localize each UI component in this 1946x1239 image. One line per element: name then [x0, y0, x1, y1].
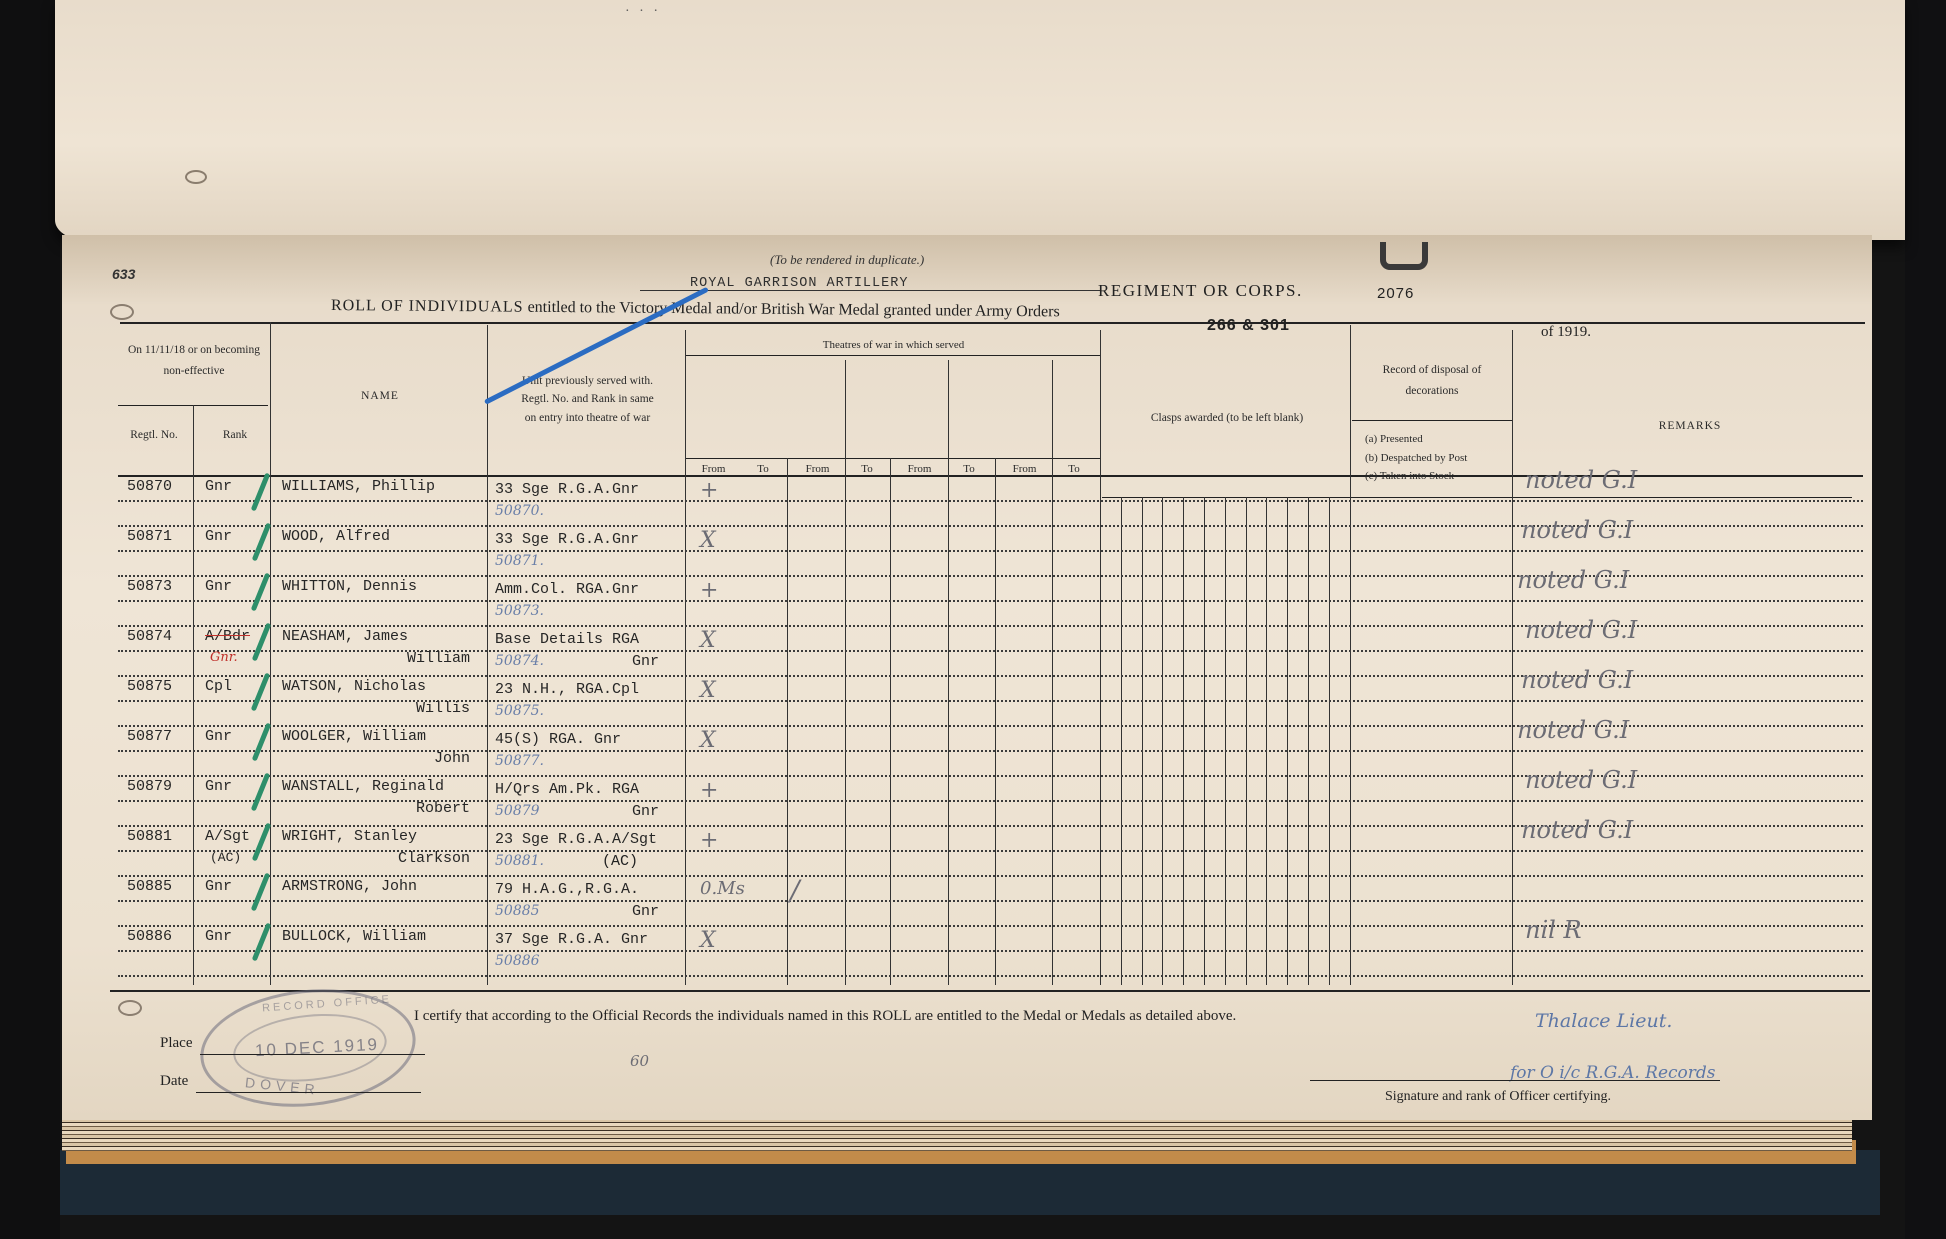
clasp-subcolumn-divider: [1225, 497, 1226, 985]
disposal-stock: (c) Taken into Stock: [1365, 467, 1515, 486]
column-divider: [685, 330, 686, 985]
roll-title-rest: entitled to the Victory Medal and/or Bri…: [528, 299, 1060, 321]
column-divider: [948, 360, 949, 985]
rank: Gnr: [205, 778, 232, 795]
regtl-number: 50871: [127, 528, 172, 545]
disposal-despatched: (b) Despatched by Post: [1365, 449, 1515, 468]
header-on-date: On 11/11/18 or on becoming non-effective: [114, 340, 274, 381]
soldier-name-continued: Willis: [416, 700, 470, 717]
row-dotted-rule: [118, 700, 1863, 702]
remark-noted: noted G.I: [1525, 766, 1637, 794]
header-unit-line2: Regtl. No. and Rank in same: [490, 390, 685, 408]
column-divider: [845, 360, 846, 985]
column-divider: [1052, 360, 1053, 985]
roll-title-caps: ROLL OF INDIVIDUALS: [331, 297, 524, 316]
row-dotted-rule: [118, 875, 1863, 877]
theatre-mark: 0.Ms: [700, 878, 745, 899]
theatre-mark: X: [700, 528, 716, 553]
soldier-name-continued: William: [407, 650, 470, 667]
theatre-mark: +: [700, 828, 718, 853]
soldier-name: NEASHAM, James: [282, 628, 408, 645]
theatre-from-header: From: [892, 460, 947, 480]
clasp-subcolumn-divider: [1329, 497, 1330, 985]
rank-correction: Gnr.: [210, 650, 238, 665]
regtl-number: 50885: [127, 878, 172, 895]
theatre-to-header: To: [738, 460, 788, 480]
header-remarks: REMARKS: [1515, 416, 1865, 437]
previous-unit: 45(S) RGA. Gnr: [495, 731, 621, 748]
letter-b-mark-icon: [1380, 242, 1428, 270]
column-divider: [193, 405, 194, 985]
rank: Gnr: [205, 478, 232, 495]
column-divider: [1512, 330, 1513, 985]
handwritten-regtl-number: 50874.: [495, 653, 544, 669]
remark-noted: noted G.I: [1521, 816, 1633, 844]
column-divider: [890, 458, 891, 985]
clasp-subcolumn-divider: [1308, 497, 1309, 985]
previous-unit: 37 Sge R.G.A. Gnr: [495, 931, 648, 948]
handwritten-regtl-number: 50881.: [495, 853, 544, 869]
remark-noted: noted G.I: [1525, 466, 1637, 494]
punch-hole-icon: [185, 170, 207, 184]
regtl-number: 50881: [127, 828, 172, 845]
remark-noted: noted G.I: [1521, 666, 1633, 694]
handwritten-regtl-number: 50871.: [495, 553, 544, 569]
column-divider: [995, 458, 996, 985]
row-dotted-rule: [118, 975, 1863, 977]
handwritten-regtl-number: 50879: [495, 803, 540, 819]
soldier-name-continued: Robert: [416, 800, 470, 817]
duplicate-note: (To be rendered in duplicate.): [770, 252, 924, 268]
previous-unit: 23 N.H., RGA.Cpl: [495, 681, 639, 698]
soldier-name: WANSTALL, Reginald: [282, 778, 444, 795]
punch-hole-icon: [110, 304, 134, 320]
header-on-date-line1: On 11/11/18 or on becoming: [114, 340, 274, 361]
page-stack-edges: [62, 1115, 1852, 1151]
previous-unit-rank: Gnr: [632, 803, 659, 820]
theatre-to-header: To: [1049, 460, 1099, 480]
regtl-number: 50886: [127, 928, 172, 945]
soldier-name: ARMSTRONG, John: [282, 878, 417, 895]
regiment-label: REGIMENT OR CORPS.: [1098, 281, 1303, 301]
soldier-name-continued: Clarkson: [398, 850, 470, 867]
soldier-name: BULLOCK, William: [282, 928, 426, 945]
theatre-mark-tick: /: [790, 874, 799, 907]
column-divider: [487, 325, 488, 985]
date-field-line: [196, 1092, 421, 1093]
date-label: Date: [160, 1073, 188, 1090]
handwritten-regtl-number: 50877.: [495, 753, 544, 769]
row-dotted-rule: [118, 900, 1863, 902]
theatre-to-header: To: [944, 460, 994, 480]
upper-turned-page: · · ·: [55, 0, 1905, 240]
header-rank: Rank: [195, 425, 275, 446]
row-dotted-rule: [118, 925, 1863, 927]
previous-unit: Base Details RGA: [495, 631, 639, 648]
handwritten-regtl-number: 50875.: [495, 703, 544, 719]
rank: Gnr: [205, 928, 232, 945]
row-dotted-rule: [118, 800, 1863, 802]
row-dotted-rule: [118, 850, 1863, 852]
header-regtl-no: Regtl. No.: [114, 425, 194, 446]
column-divider: [787, 458, 788, 985]
theatre-from-header: From: [997, 460, 1052, 480]
soldier-name-continued: John: [434, 750, 470, 767]
clasp-subcolumn-divider: [1142, 497, 1143, 985]
previous-unit: H/Qrs Am.Pk. RGA: [495, 781, 639, 798]
officer-signature: Thalace Lieut.: [1535, 1010, 1672, 1032]
rank: Gnr: [205, 878, 232, 895]
theatre-mark: +: [700, 778, 718, 803]
book-binding-left: [0, 0, 60, 1239]
upper-page-marks: · · ·: [625, 4, 661, 20]
clasp-subcolumn-divider: [1266, 497, 1267, 985]
remark-noted: noted G.I: [1521, 516, 1633, 544]
theatre-mark: +: [700, 478, 718, 503]
clasp-subcolumn-divider: [1246, 497, 1247, 985]
row-dotted-rule: [118, 950, 1863, 952]
handwritten-regtl-number: 50870.: [495, 503, 544, 519]
disposal-legend: (a) Presented (b) Despatched by Post (c)…: [1365, 430, 1515, 486]
theatre-mark: +: [700, 578, 718, 603]
header-clasps: Clasps awarded (to be left blank): [1102, 408, 1352, 429]
header-disposal-line1: Record of disposal of: [1352, 360, 1512, 381]
rank: Gnr: [205, 578, 232, 595]
certification-text: I certify that according to the Official…: [414, 1008, 1236, 1025]
header-non-effective: non-effective: [114, 361, 274, 382]
clasp-subcolumn-divider: [1183, 497, 1184, 985]
clasp-subcolumn-divider: [1121, 497, 1122, 985]
regiment-name: ROYAL GARRISON ARTILLERY: [690, 276, 908, 291]
army-orders-numbers: 266 & 301: [1207, 317, 1290, 335]
regtl-number: 50874: [127, 628, 172, 645]
clasp-subcolumn-divider: [1162, 497, 1163, 985]
punch-hole-icon: [118, 1000, 142, 1016]
table-bottom-rule: [110, 990, 1870, 992]
theatre-mark: X: [700, 678, 716, 703]
rank: Cpl: [205, 678, 232, 695]
previous-unit: 23 Sge R.G.A.A/Sgt: [495, 831, 657, 848]
roll-year: of 1919.: [1541, 324, 1591, 341]
theatre-to-header: To: [842, 460, 892, 480]
theatre-mark: X: [700, 928, 716, 953]
row-dotted-rule: [118, 650, 1863, 652]
rank-correction: (AC): [210, 850, 241, 865]
remark-noted: noted G.I: [1525, 616, 1637, 644]
regtl-number: 50879: [127, 778, 172, 795]
header-unit-line3: on entry into theatre of war: [490, 409, 685, 427]
handwritten-regtl-number: 50885: [495, 903, 540, 919]
header-unit: Unit previously served with. Regtl. No. …: [490, 372, 685, 427]
header-disposal: Record of disposal of decorations: [1352, 360, 1512, 401]
handwritten-regtl-number: 50873.: [495, 603, 544, 619]
clasp-subcolumn-divider: [1287, 497, 1288, 985]
place-label: Place: [160, 1035, 192, 1052]
handwritten-regtl-number: 50886: [495, 953, 540, 969]
soldier-name: WHITTON, Dennis: [282, 578, 417, 595]
disposal-presented: (a) Presented: [1365, 430, 1515, 449]
soldier-name: WOOD, Alfred: [282, 528, 390, 545]
column-divider: [270, 322, 271, 985]
rank: Gnr: [205, 728, 232, 745]
previous-unit-rank: Gnr: [632, 653, 659, 670]
book-binding-right: [1905, 0, 1946, 1239]
from-to-rule: [686, 458, 1101, 459]
soldier-name: WRIGHT, Stanley: [282, 828, 417, 845]
previous-unit: Amm.Col. RGA.Gnr: [495, 581, 639, 598]
previous-unit-rank: Gnr: [632, 903, 659, 920]
soldier-name: WILLIAMS, Phillip: [282, 478, 435, 495]
remark-noted: nil R: [1525, 916, 1582, 944]
previous-unit: 79 H.A.G.,R.G.A.: [495, 881, 639, 898]
row-dotted-rule: [118, 500, 1863, 502]
signature-caption: Signature and rank of Officer certifying…: [1385, 1089, 1611, 1105]
column-divider: [1100, 330, 1101, 985]
regtl-number: 50873: [127, 578, 172, 595]
theatre-from-header: From: [686, 460, 741, 480]
soldier-name: WATSON, Nicholas: [282, 678, 426, 695]
theatre-from-header: From: [790, 460, 845, 480]
place-field-line: [200, 1054, 425, 1055]
header-theatres: Theatres of war in which served: [686, 336, 1101, 356]
pencil-note: 60: [630, 1052, 649, 1070]
clasps-top-rule: [1102, 497, 1852, 498]
disposal-sub-rule: [1352, 420, 1512, 421]
previous-unit-rank: (AC): [602, 853, 638, 870]
theatre-mark: X: [700, 628, 716, 653]
clasp-subcolumn-divider: [1204, 497, 1205, 985]
previous-unit: 33 Sge R.G.A.Gnr: [495, 481, 639, 498]
table-top-rule: [120, 322, 1865, 324]
remark-noted: noted G.I: [1517, 566, 1629, 594]
theatre-mark: X: [700, 728, 716, 753]
regtl-number: 50877: [127, 728, 172, 745]
rank: A/Bdr: [205, 628, 250, 645]
regtl-number: 50875: [127, 678, 172, 695]
rank: Gnr: [205, 528, 232, 545]
regtl-number: 50870: [127, 478, 172, 495]
rank: A/Sgt: [205, 828, 250, 845]
header-name: NAME: [275, 386, 485, 407]
page-number: 633: [112, 266, 135, 282]
soldier-name: WOOLGER, William: [282, 728, 426, 745]
previous-unit: 33 Sge R.G.A.Gnr: [495, 531, 639, 548]
roll-number: 2076: [1377, 285, 1414, 302]
row-dotted-rule: [118, 550, 1863, 552]
header-disposal-line2: decorations: [1352, 381, 1512, 402]
remark-noted: noted G.I: [1517, 716, 1629, 744]
row-dotted-rule: [118, 750, 1863, 752]
signature-line: [1310, 1080, 1720, 1081]
row-dotted-rule: [118, 600, 1863, 602]
